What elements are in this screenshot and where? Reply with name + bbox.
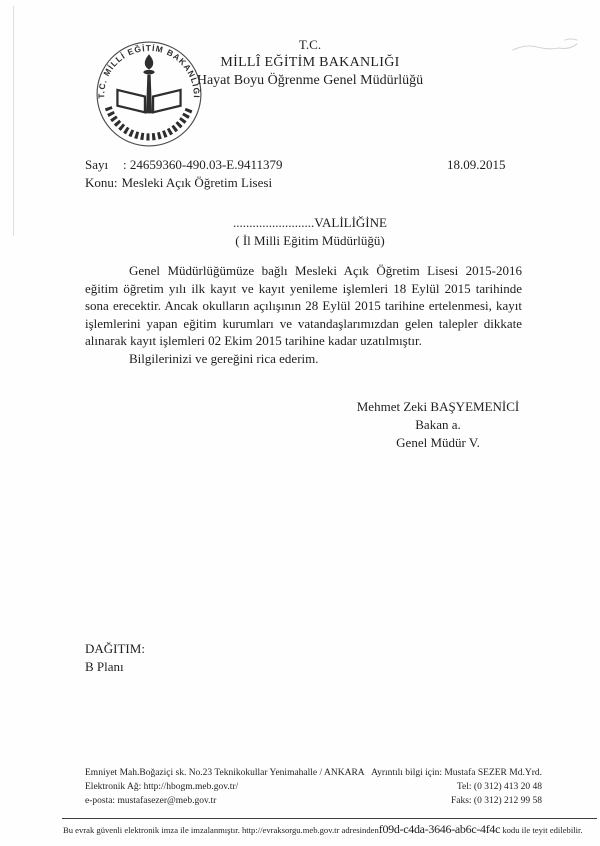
sayi-label: Sayı [85,156,119,174]
letterhead-ministry: MİLLÎ EĞİTİM BAKANLIĞI [20,54,600,72]
footer-contact-block: Ayrıntılı bilgi için: Mustafa SEZER Md.Y… [371,766,542,808]
body-paragraph: Genel Müdürlüğümüze bağlı Mesleki Açık Ö… [85,262,522,350]
signer-name: Mehmet Zeki BAŞYEMENİCİ [350,398,526,416]
closing-line: Bilgilerinizi ve gereğini rica ederim. [85,350,522,368]
distribution-label: DAĞITIM: [85,640,145,658]
konu-label: Konu: [85,174,118,192]
recipient-line2: ( İl Milli Eğitim Müdürlüğü) [20,232,600,250]
letterhead-directorate: Hayat Boyu Öğrenme Genel Müdürlüğü [20,72,600,90]
footer-address: Emniyet Mah.Boğaziçi sk. No.23 Teknikoku… [85,766,365,780]
letterhead-tc: T.C. [20,36,600,54]
footer-fax: Faks: (0 312) 212 99 58 [371,794,542,808]
verification-code: f09d-c4da-3646-ab6c-4f4c [379,822,500,836]
recipient-block: .........................VALİLİĞİNE ( İl… [20,214,600,250]
letter-body: Genel Müdürlüğümüze bağlı Mesleki Açık Ö… [85,262,522,367]
footer-email: e-posta: mustafasezer@meb.gov.tr [85,794,365,808]
signer-title1: Bakan a. [350,416,526,434]
document-date: 18.09.2015 [447,157,506,173]
recipient-line1: .........................VALİLİĞİNE [20,214,600,232]
footer-divider [62,818,597,819]
footer-contact: Ayrıntılı bilgi için: Mustafa SEZER Md.Y… [371,766,542,780]
verification-suffix: kodu ile teyit edilebilir. [500,825,582,835]
sayi-value: : 24659360-490.03-E.9411379 [123,157,282,172]
footer-address-block: Emniyet Mah.Boğaziçi sk. No.23 Teknikoku… [85,766,365,808]
konu-line: Konu:Mesleki Açık Öğretim Lisesi [85,174,282,192]
verification-prefix: Bu evrak güvenli elektronik imza ile imz… [63,825,379,835]
konu-value: Mesleki Açık Öğretim Lisesi [122,175,273,190]
letterhead: T.C. MİLLÎ EĞİTİM BAKANLIĞI Hayat Boyu Ö… [20,36,600,90]
footer-tel: Tel: (0 312) 413 20 48 [371,780,542,794]
signer-title2: Genel Müdür V. [350,434,526,452]
distribution-block: DAĞITIM: B Planı [85,640,145,676]
footer-web: Elektronik Ağ: http://hbogm.meb.gov.tr/ [85,780,365,794]
signature-block: Mehmet Zeki BAŞYEMENİCİ Bakan a. Genel M… [350,398,526,452]
reference-block: Sayı: 24659360-490.03-E.9411379 Konu:Mes… [85,156,282,192]
scan-edge-artifact [13,6,14,236]
distribution-item: B Planı [85,658,145,676]
sayi-line: Sayı: 24659360-490.03-E.9411379 [85,156,282,174]
document-page: T.C. MİLLİ EĞİTİM BAKANLIĞI T.C. MİLLÎ E… [0,0,600,846]
verification-line: Bu evrak güvenli elektronik imza ile imz… [63,822,599,837]
